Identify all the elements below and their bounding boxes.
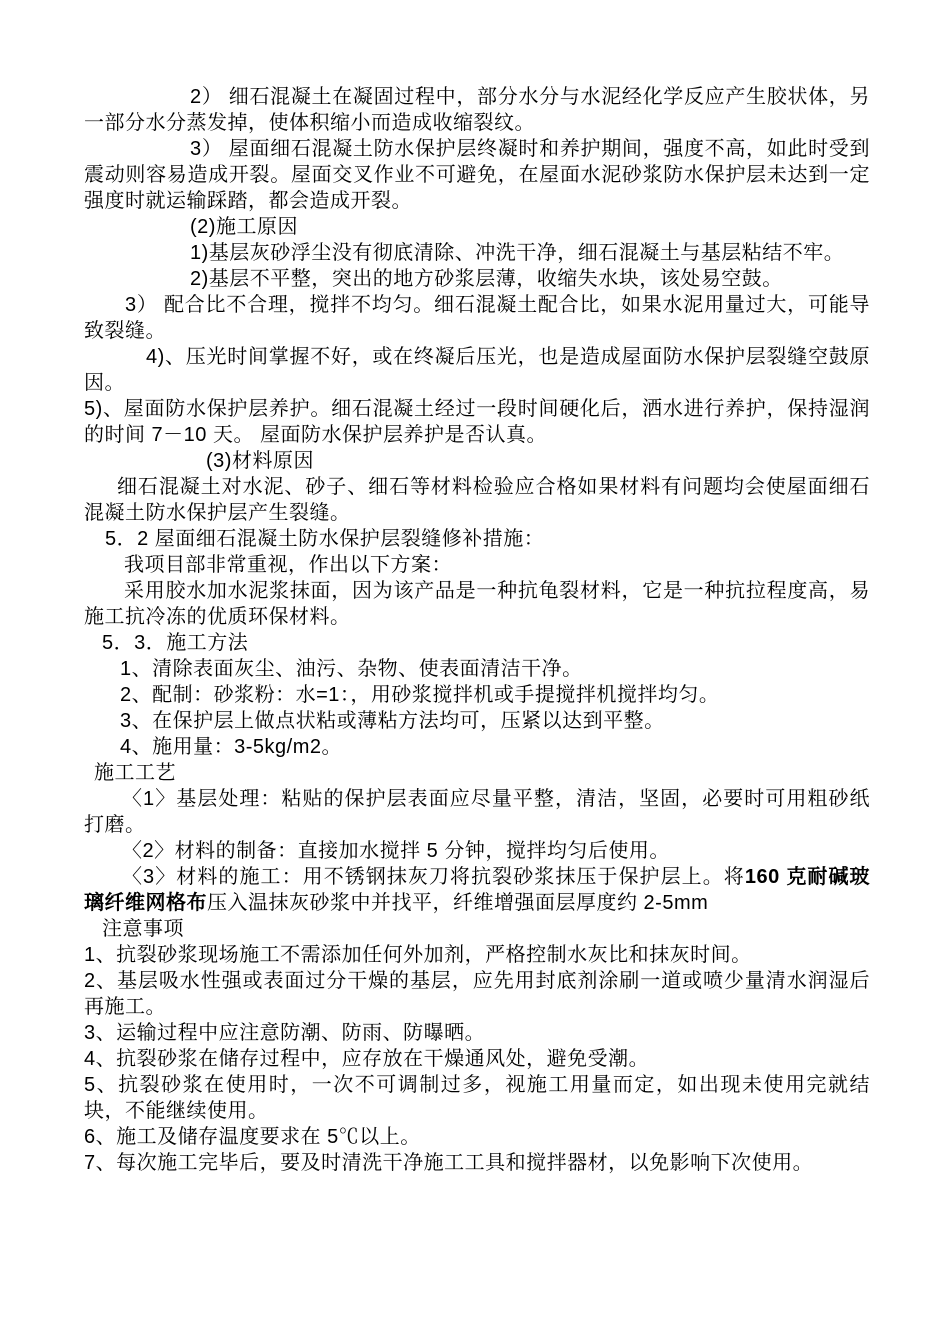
heading-material-causes: (3)材料原因 (84, 448, 870, 474)
para-method-step-3: 3、在保护层上做点状粘或薄粘方法均可，压紧以达到平整。 (84, 708, 870, 734)
para-note-6: 6、施工及储存温度要求在 5℃以上。 (84, 1124, 870, 1150)
para-note-7: 7、每次施工完毕后，要及时清洗干净施工工具和搅拌器材，以免影响下次使用。 (84, 1150, 870, 1176)
heading-construction-causes: (2)施工原因 (84, 214, 870, 240)
heading-notes: 注意事项 (84, 916, 870, 942)
process-step-3-text: 〈3〉材料的施工：用不锈钢抹灰刀将抗裂砂浆抹压于保护层上。将 (122, 866, 745, 888)
process-step-3-text-after: 压入温抹灰砂浆中并找平，纤维增强面层厚度约 2-5mm (207, 892, 708, 914)
para-process-step-3: 〈3〉材料的施工：用不锈钢抹灰刀将抗裂砂浆抹压于保护层上。将160 克耐碱玻璃纤… (84, 864, 870, 916)
heading-construction-process: 施工工艺 (84, 760, 870, 786)
para-repair-plan-material: 采用胶水加水泥浆抹面，因为该产品是一种抗龟裂材料，它是一种抗拉程度高，易施工抗冷… (84, 578, 870, 630)
para-construction-cause-2: 2)基层不平整，突出的地方砂浆层薄，收缩失水块，该处易空鼓。 (84, 266, 870, 292)
heading-section-5-3: 5．3．施工方法 (84, 630, 870, 656)
para-process-step-2: 〈2〉材料的制备：直接加水搅拌 5 分钟，搅拌均匀后使用。 (84, 838, 870, 864)
para-repair-plan-intro: 我项目部非常重视，作出以下方案： (84, 552, 870, 578)
para-shrinkage-crack-cause-2: 2） 细石混凝土在凝固过程中，部分水分与水泥经化学反应产生胶状体，另一部分水分蒸… (84, 84, 870, 136)
para-shrinkage-crack-cause-3: 3） 屋面细石混凝土防水保护层终凝时和养护期间，强度不高，如此时受到震动则容易造… (84, 136, 870, 214)
para-material-cause: 细石混凝土对水泥、砂子、细石等材料检验应合格如果材料有问题均会使屋面细石混凝土防… (84, 474, 870, 526)
para-note-2: 2、基层吸水性强或表面过分干燥的基层，应先用封底剂涂刷一道或喷少量清水润湿后再施… (84, 968, 870, 1020)
para-construction-cause-5: 5)、屋面防水保护层养护。细石混凝土经过一段时间硬化后，洒水进行养护，保持湿润的… (84, 396, 870, 448)
para-method-step-1: 1、清除表面灰尘、油污、杂物、使表面清洁干净。 (84, 656, 870, 682)
para-process-step-1: 〈1〉基层处理：粘贴的保护层表面应尽量平整，清洁，坚固，必要时可用粗砂纸打磨。 (84, 786, 870, 838)
para-method-step-2: 2、配制：砂浆粉：水=1：，用砂浆搅拌机或手提搅拌机搅拌均匀。 (84, 682, 870, 708)
para-construction-cause-3: 3） 配合比不合理，搅拌不均匀。细石混凝土配合比，如果水泥用量过大，可能导致裂缝… (84, 292, 870, 344)
para-construction-cause-4: 4)、压光时间掌握不好，或在终凝后压光，也是造成屋面防水保护层裂缝空鼓原因。 (84, 344, 870, 396)
para-note-5: 5、抗裂砂浆在使用时，一次不可调制过多，视施工用量而定，如出现未使用完就结块，不… (84, 1072, 870, 1124)
document-page: 2） 细石混凝土在凝固过程中，部分水分与水泥经化学反应产生胶状体，另一部分水分蒸… (0, 0, 950, 1344)
para-construction-cause-1: 1)基层灰砂浮尘没有彻底清除、冲洗干净，细石混凝土与基层粘结不牢。 (84, 240, 870, 266)
para-note-4: 4、抗裂砂浆在储存过程中，应存放在干燥通风处，避免受潮。 (84, 1046, 870, 1072)
para-method-step-4: 4、施用量：3-5kg/m2。 (84, 734, 870, 760)
para-note-1: 1、抗裂砂浆现场施工不需添加任何外加剂，严格控制水灰比和抹灰时间。 (84, 942, 870, 968)
para-note-3: 3、运输过程中应注意防潮、防雨、防曝晒。 (84, 1020, 870, 1046)
heading-section-5-2: 5．2 屋面细石混凝土防水保护层裂缝修补措施： (84, 526, 870, 552)
